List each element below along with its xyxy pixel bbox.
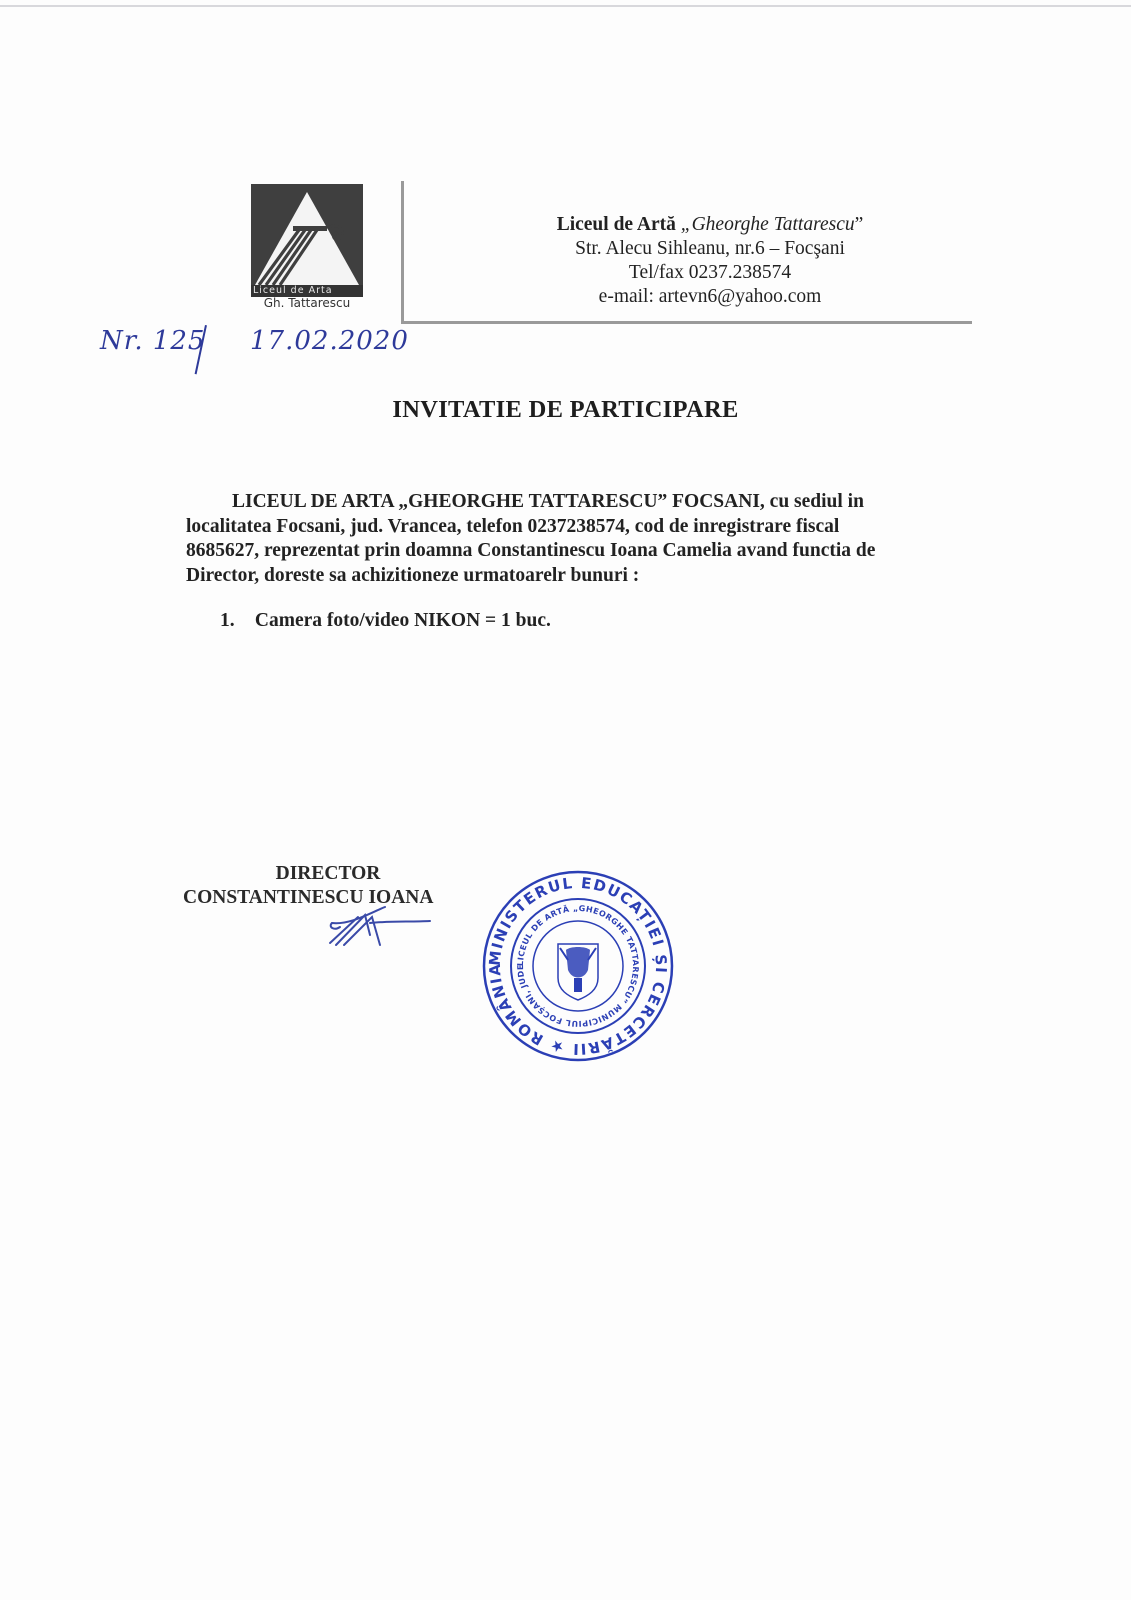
registration-number: Nr. 125 17.02.2020 [100,326,409,356]
signatory-role: DIRECTOR [183,862,473,886]
body-line: LICEUL DE ARTA „GHEORGHE TATTARESCU” FOC… [186,490,956,515]
list-item: 1. Camera foto/video NIKON = 1 buc. [220,610,551,632]
registration-date: 17.02.2020 [250,326,409,356]
school-name-bold: Liceul de Artă [557,214,681,235]
school-phone: Tel/fax 0237.238574 [470,261,950,285]
registration-nr: Nr. 125 [100,326,205,356]
school-logo: Liceul de Arta Gh. Tattarescu [251,184,363,310]
body-line: Director, doreste sa achizitioneze urmat… [186,564,956,589]
body-line: 8685627, reprezentat prin doamna Constan… [186,539,956,564]
signature-block: DIRECTOR CONSTANTINESCU IOANA [183,862,473,910]
school-name: Liceul de Artă „Gheorghe Tattarescu” [470,213,950,237]
body-paragraph: LICEUL DE ARTA „GHEORGHE TATTARESCU” FOC… [186,490,956,588]
list-item-number: 1. [220,610,250,632]
official-stamp: MINISTERUL EDUCAȚIEI ȘI CERCETĂRII ★ ROM… [478,866,678,1066]
letterhead: Liceul de Artă „Gheorghe Tattarescu” Str… [470,213,950,309]
goods-list: 1. Camera foto/video NIKON = 1 buc. [220,610,551,632]
school-name-quote: ” [855,214,864,235]
scan-edge-line [0,5,1131,7]
triangle-column-icon [251,184,363,297]
logo-caption: Gh. Tattarescu [251,296,363,310]
header-vertical-divider [401,181,404,322]
coat-of-arms-icon [558,944,598,1000]
list-item-text: Camera foto/video NIKON = 1 buc. [255,610,551,631]
logo-mark: Liceul de Arta [251,184,363,297]
document-title: INVITATIE DE PARTICIPARE [0,396,1131,424]
handwritten-signature [310,905,440,965]
school-email: e-mail: artevn6@yahoo.com [470,285,950,309]
body-line: localitatea Focsani, jud. Vrancea, telef… [186,515,956,540]
school-name-italic: „Gheorghe Tattarescu [681,214,855,235]
school-address: Str. Alecu Sihleanu, nr.6 – Focşani [470,237,950,261]
header-horizontal-rule [401,321,972,324]
